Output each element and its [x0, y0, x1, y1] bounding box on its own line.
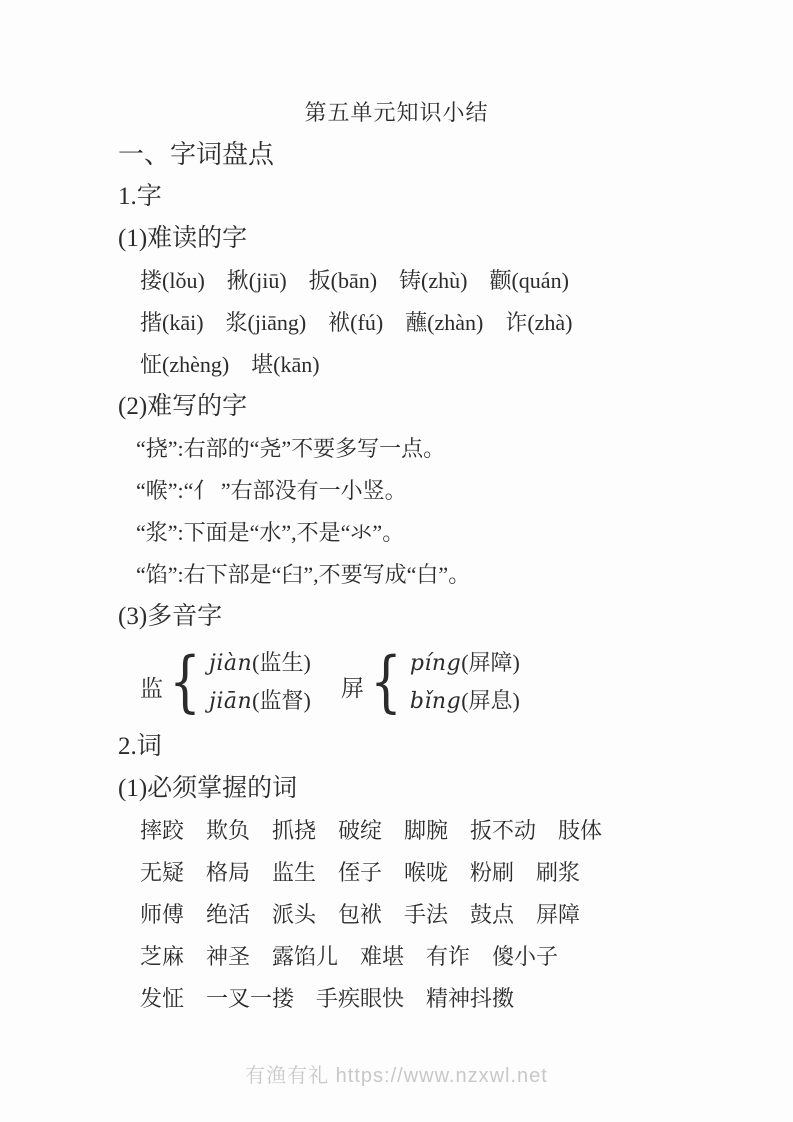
example-word: (监督)	[252, 688, 311, 713]
polyphonic-reading: píng(屏障)	[410, 648, 520, 679]
word-list-row: 师傅 绝活 派头 包袱 手法 鼓点 屏障	[140, 894, 733, 936]
part-heading-hard-to-write: (2)难写的字	[118, 386, 733, 428]
polyphonic-reading: jiàn(监生)	[209, 648, 311, 679]
brace-icon: {	[169, 649, 201, 715]
document-page: 第五单元知识小结 一、字词盘点 1.字 (1)难读的字 搂(lǒu) 揪(jiū…	[0, 0, 793, 1122]
section-heading-word-inventory: 一、字词盘点	[118, 134, 733, 176]
polyphonic-group-ping: 屏 { píng(屏障) bǐng(屏息)	[341, 648, 520, 717]
polyphonic-character: 屏	[341, 670, 364, 703]
example-word: (屏息)	[461, 688, 520, 713]
subsection-heading-characters: 1.字	[118, 176, 733, 218]
part-heading-hard-to-read: (1)难读的字	[118, 218, 733, 260]
polyphonic-character: 监	[140, 670, 163, 703]
pinyin-text: píng	[410, 651, 461, 676]
word-list-row: 摔跤 欺负 抓挠 破绽 脚腕 扳不动 肢体	[140, 810, 733, 852]
hard-to-write-note: “挠”:右部的“尧”不要多写一点。	[136, 428, 733, 470]
polyphonic-group-jian: 监 { jiàn(监生) jiān(监督)	[140, 648, 311, 717]
brace-icon: {	[370, 649, 402, 715]
hard-to-read-row: 揩(kāi) 浆(jiāng) 袱(fú) 蘸(zhàn) 诈(zhà)	[140, 302, 733, 344]
hard-to-write-note: “喉”:“亻 ”右部没有一小竖。	[136, 470, 733, 512]
part-heading-polyphonic: (3)多音字	[118, 596, 733, 638]
hard-to-write-note: “馅”:右下部是“臼”,不要写成“白”。	[136, 554, 733, 596]
polyphonic-readings: píng(屏障) bǐng(屏息)	[410, 648, 520, 717]
document-title: 第五单元知识小结	[0, 92, 793, 134]
pinyin-text: jiān	[209, 689, 252, 714]
pinyin-text: jiàn	[209, 651, 252, 676]
document-body: 一、字词盘点 1.字 (1)难读的字 搂(lǒu) 揪(jiū) 扳(bān) …	[0, 134, 793, 1020]
subsection-heading-words: 2.词	[118, 726, 733, 768]
example-word: (监生)	[252, 650, 311, 675]
word-list-row: 芝麻 神圣 露馅儿 难堪 有诈 傻小子	[140, 936, 733, 978]
part-heading-must-master: (1)必须掌握的词	[118, 768, 733, 810]
polyphonic-reading: jiān(监督)	[209, 686, 311, 717]
polyphonic-characters-block: 监 { jiàn(监生) jiān(监督) 屏 { píng(屏障) bǐng(…	[140, 638, 733, 726]
hard-to-read-row: 怔(zhèng) 堪(kān)	[140, 344, 733, 386]
word-list-row: 无疑 格局 监生 侄子 喉咙 粉刷 刷浆	[140, 852, 733, 894]
example-word: (屏障)	[461, 650, 520, 675]
word-list-row: 发怔 一叉一搂 手疾眼快 精神抖擞	[140, 978, 733, 1020]
hard-to-read-row: 搂(lǒu) 揪(jiū) 扳(bān) 铸(zhù) 颧(quán)	[140, 260, 733, 302]
pinyin-text: bǐng	[410, 689, 461, 714]
polyphonic-reading: bǐng(屏息)	[410, 686, 520, 717]
hard-to-write-note: “浆”:下面是“水”,不是“氺”。	[136, 512, 733, 554]
polyphonic-readings: jiàn(监生) jiān(监督)	[209, 648, 311, 717]
watermark-text: 有渔有礼 https://www.nzxwl.net	[0, 1059, 793, 1088]
